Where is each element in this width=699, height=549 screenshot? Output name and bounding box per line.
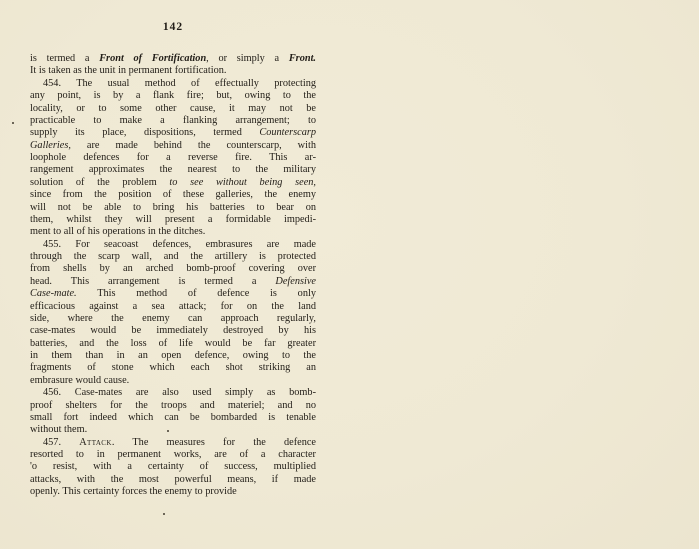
text-segment: side, where the enemy can approach regul… [30,313,316,324]
text-segment: 455. For seacoast defences, embrasures a… [43,239,316,250]
text-segment: This method of defence is only [77,288,316,299]
text-line: locality, or to some other cause, it may… [30,103,316,115]
ink-speck [163,513,165,515]
text-line: 455. For seacoast defences, embrasures a… [30,239,316,251]
text-segment: from shells by an arched bomb-proof cove… [30,263,316,274]
text-line: side, where the enemy can approach regul… [30,313,316,325]
text-line: batteries, and the loss of life would be… [30,338,316,350]
text-segment: Defensive [275,276,316,287]
text-line: attacks, with the most powerful means, i… [30,474,316,486]
text-segment: head. This arrangement is termed a [30,276,275,287]
text-line: ment to all of his operations in the dit… [30,226,316,238]
text-segment: batteries, and the loss of life would be… [30,338,316,349]
text-segment: proof shelters for the troops and materi… [30,400,316,411]
text-segment: them, whilst they will present a formida… [30,214,316,225]
text-segment: will not be able to bring his batteries … [30,202,316,213]
text-segment: practicable to make a flanking arrangeme… [30,115,316,126]
text-segment: 456. Case-mates are also used simply as … [43,387,316,398]
text-segment: 'o resist, with a certainty of success, … [30,461,316,472]
text-segment: Attack [79,437,112,448]
text-segment: Front. [289,53,316,64]
text-line: openly. This certainty forces the enemy … [30,486,316,498]
text-line: Case-mate. This method of defence is onl… [30,288,316,300]
text-line: them, whilst they will present a formida… [30,214,316,226]
text-segment: efficacious against a sea attack; for on… [30,301,316,312]
text-line: loophole defences for a reverse fire. Th… [30,152,316,164]
text-segment: openly. This certainty forces the enemy … [30,486,237,497]
ink-speck [12,122,14,124]
text-segment: small fort indeed which can be bombarded… [30,412,316,423]
text-segment: Front of Fortification [99,53,206,64]
text-segment: any point, is by a flank fire; but, owin… [30,90,316,101]
text-line: 456. Case-mates are also used simply as … [30,387,316,399]
text-segment: Case-mate. [30,288,77,299]
text-segment: Counterscarp [259,127,316,138]
text-segment: solution of the problem [30,177,169,188]
text-line: since from the position of these galleri… [30,189,316,201]
text-segment: is termed a [30,53,99,64]
text-line: 'o resist, with a certainty of success, … [30,461,316,473]
text-segment: 454. The usual method of effectually pro… [43,78,316,89]
text-line: through the scarp wall, and the artiller… [30,251,316,263]
text-segment: resorted to in permanent works, are of a… [30,449,316,460]
text-segment: loophole defences for a reverse fire. Th… [30,152,316,163]
text-line: small fort indeed which can be bombarded… [30,412,316,424]
text-segment: since from the position of these galleri… [30,189,316,200]
text-line: rangement approximates the nearest to th… [30,164,316,176]
text-line: practicable to make a flanking arrangeme… [30,115,316,127]
text-line: efficacious against a sea attack; for on… [30,301,316,313]
text-segment: in them than in an open defence, owing t… [30,350,316,361]
text-segment: embrasure would cause. [30,375,129,386]
text-segment: to see without being seen, [169,177,316,188]
ink-speck [167,430,169,432]
text-line: any point, is by a flank fire; but, owin… [30,90,316,102]
text-line: resorted to in permanent works, are of a… [30,449,316,461]
text-segment: 457. [43,437,79,448]
text-segment: case-mates would be immediately destroye… [30,325,316,336]
text-line: will not be able to bring his batteries … [30,202,316,214]
page-text: is termed a Front of Fortification, or s… [30,53,316,499]
text-line: solution of the problem to see without b… [30,177,316,189]
page-number: 142 [30,21,316,33]
text-segment: ment to all of his operations in the dit… [30,226,205,237]
text-segment: through the scarp wall, and the artiller… [30,251,316,262]
text-segment: Galleries, [30,140,71,151]
text-line: embrasure would cause. [30,375,316,387]
text-line: It is taken as the unit in permanent for… [30,65,316,77]
text-segment: without them. [30,424,87,435]
text-segment: are made behind the counterscarp, with [71,140,316,151]
text-segment: locality, or to some other cause, it may… [30,103,316,114]
text-line: 457. Attack. The measures for the defenc… [30,437,316,449]
text-line: Galleries, are made behind the countersc… [30,140,316,152]
text-segment: , or simply a [206,53,289,64]
text-segment: attacks, with the most powerful means, i… [30,474,316,485]
text-segment: rangement approximates the nearest to th… [30,164,316,175]
text-line: in them than in an open defence, owing t… [30,350,316,362]
text-line: without them. [30,424,316,436]
text-segment: supply its place, dispositions, termed [30,127,259,138]
text-line: 454. The usual method of effectually pro… [30,78,316,90]
text-line: supply its place, dispositions, termed C… [30,127,316,139]
text-line: head. This arrangement is termed a Defen… [30,276,316,288]
book-page: 142 is termed a Front of Fortification, … [0,0,699,549]
text-segment: . The measures for the defence [112,437,316,448]
text-line: from shells by an arched bomb-proof cove… [30,263,316,275]
text-line: fragments of stone which each shot strik… [30,362,316,374]
text-line: case-mates would be immediately destroye… [30,325,316,337]
text-segment: It is taken as the unit in permanent for… [30,65,226,76]
text-line: proof shelters for the troops and materi… [30,400,316,412]
text-segment: fragments of stone which each shot strik… [30,362,316,373]
text-line: is termed a Front of Fortification, or s… [30,53,316,65]
